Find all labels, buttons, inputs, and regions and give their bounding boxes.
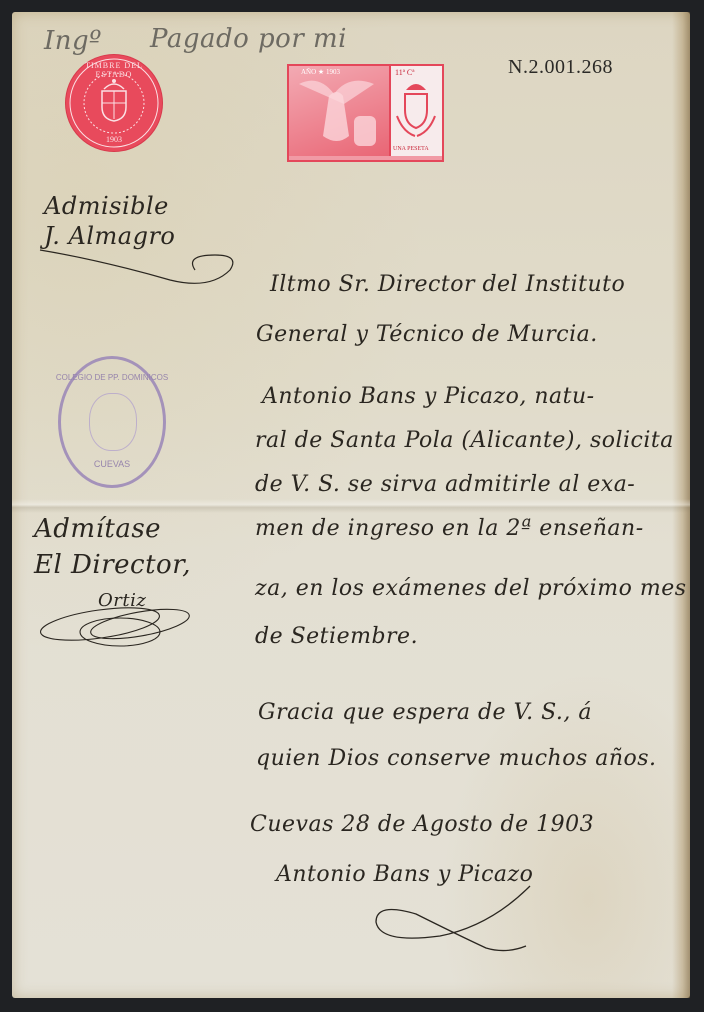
director-flourish-icon [30,598,210,658]
portrait-icon [89,393,137,451]
signature-flourish-icon [370,880,540,960]
seal-year: 1903 [66,135,162,144]
colegio-dominicos-stamp: COLEGIO DE PP. DOMINICOS CUEVAS [58,356,166,488]
body-line-2: ral de Santa Pola (Alicante), solicita [255,428,674,453]
flourish-icon [30,220,250,290]
margin-admisible: Admisible [44,192,169,220]
date-line: Cuevas 28 de Agosto de 1903 [250,812,594,837]
body-line-6: de Setiembre. [255,624,418,649]
violet-stamp-bottom-text: CUEVAS [61,459,163,469]
closing-line-2: quien Dios conserve muchos años. [256,746,657,771]
margin-director: El Director, [34,550,191,580]
seal-text: TIMBRE DEL ESTADO [66,61,162,79]
pencil-note-paid: Pagado por mi [150,24,347,54]
addressee-line-2: General y Técnico de Murcia. [256,322,598,347]
serial-number: N.2.001.268 [508,56,613,79]
pencil-note-ing: Ingº [44,26,102,56]
violet-stamp-top-text: COLEGIO DE PP. DOMINICOS [55,373,169,382]
crowned-shield-icon [391,76,442,146]
body-line-4: men de ingreso en la 2ª enseñan- [255,516,644,541]
fiscal-stamp: AÑO ★ 1903 11ª Cª UNA PESETA [287,64,444,162]
margin-admitase: Admítase [34,514,161,544]
body-line-1: Antonio Bans y Picazo, natu- [262,384,595,409]
stamp-year-label: AÑO ★ 1903 [301,68,340,76]
timbre-del-estado-seal: TIMBRE DEL ESTADO 1903 [66,55,162,151]
addressee-line-1: Iltmo Sr. Director del Instituto [270,272,625,297]
angel-figure-icon [289,66,389,156]
body-line-3: de V. S. se sirva admitirle al exa- [255,472,635,497]
body-line-5: za, en los exámenes del próximo mes [255,576,687,601]
paper-fold [12,499,690,513]
closing-line-1: Gracia que espera de V. S., á [258,700,592,725]
stamp-value-label: UNA PESETA [393,146,429,152]
